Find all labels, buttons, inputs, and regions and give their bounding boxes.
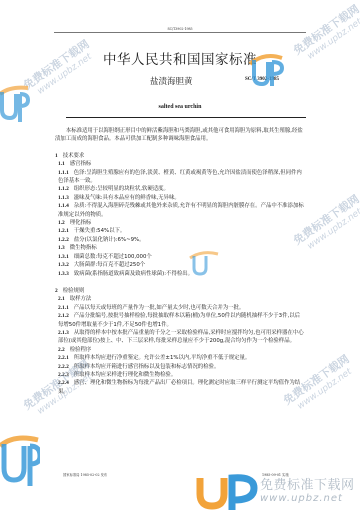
section-number: 1.2.2	[58, 237, 69, 243]
up-logo-icon	[0, 80, 30, 124]
section-text: 取样方法	[70, 296, 92, 302]
section-2-2-1: 2.2.1所取样本均应进行净重鉴定。允许公差±1%以内,平均净重不低于规定量。	[55, 354, 305, 362]
section-2-1: 2.1取样方法	[55, 295, 305, 303]
up-logo-icon	[196, 470, 258, 510]
section-text: 感官指标	[70, 161, 92, 167]
section-2-2-2: 2.2.2所取样本均应开箱进行感官指标以及包装和标志情况的检验。	[55, 363, 305, 371]
section-number: 1.2.1	[58, 228, 69, 234]
standard-code: SC/T 3902-1985	[245, 77, 279, 82]
section-number: 1.1.2	[58, 186, 69, 192]
header-rule	[54, 32, 306, 33]
section-number: 1	[55, 153, 58, 159]
section-1-1-1: 1.1.1色泽:呈海胆生殖腺应有的色泽,淡黄、橙黄、红黄或褐黄等色,允许因盐渍而…	[55, 169, 305, 186]
section-text: 盐分(以氯化钠计):6%~9%。	[74, 237, 145, 243]
section-number: 2.1	[58, 296, 65, 302]
section-number: 2.2.4	[58, 380, 69, 386]
section-1-2-2: 1.2.2盐分(以氯化钠计):6%~9%。	[55, 236, 305, 244]
section-1-2-1: 1.2.1干燥失重:54%以下。	[55, 227, 305, 235]
section-number: 2.1.1	[58, 305, 69, 311]
section-number: 1.3	[58, 245, 65, 251]
section-1-3: 1.3微生物指标	[55, 244, 305, 252]
section-text: 感官、理化和微生物指标为每批产品出厂必检项目。理化测定时应取三样平行测定平均值作…	[58, 380, 300, 394]
section-text: 细菌总数:每克不超过100,000个	[74, 254, 152, 260]
section-text: 从取得的样本中按本批产品重量的千分之一采取检验样品,采样时应搅拌均匀,也可用采样…	[58, 330, 304, 344]
document-page: SC/T3902-1985 中华人民共和国国家标准 盐渍海胆黄 SC/T 390…	[0, 0, 360, 510]
section-number: 2.1.2	[58, 313, 69, 319]
section-2-1-2: 2.1.2产品分批编号,按批号抽样检验,每批抽取样本以箱(桶)为单位,50件以内…	[55, 312, 305, 329]
section-2-1-1: 2.1.1产品以每天或每班的产量作为一批,如产量太少时,也可数天合并为一批。	[55, 304, 305, 312]
section-number: 1.2	[58, 220, 65, 226]
intro-paragraph: 本标准适用于以海胆纲正形目中的鲜活紫海胆和马粪海胆,或其他可食用海胆为原料,取其…	[55, 127, 305, 144]
section-number: 2.2.1	[58, 355, 69, 361]
section-1-3-3: 1.3.3致病菌(系指肠道致病菌及致病性球菌):不得检出。	[55, 270, 305, 278]
section-text: 杂质:不得混入海胆碎壳残棘或其他外来杂质,允许有不明显的海胆内脏膜存在。产品中不…	[58, 203, 304, 217]
title-rule	[66, 117, 306, 118]
section-text: 滋味及气味:具有本品应有的鲜香味,无异味。	[74, 195, 180, 201]
section-1-3-2: 1.3.2大肠菌群:每百克不超过250个	[55, 261, 305, 269]
section-text: 所取样本均应开箱进行感官指标以及包装和标志情况的检验。	[74, 364, 220, 370]
section-2-2: 2.2检验程序	[55, 346, 305, 354]
section-number: 2.1.3	[58, 330, 69, 336]
section-number: 1.1.3	[58, 195, 69, 201]
section-number: 1.3.2	[58, 262, 69, 268]
sub-title: 盐渍海胆黄	[150, 75, 193, 87]
section-1-1-2: 1.1.2组织形态:呈较明显的块粒状,软硬适度。	[55, 185, 305, 193]
watermark-brand: 免费标准下载网 www.upbz.net	[260, 474, 355, 504]
section-text: 产品分批编号,按批号抽样检验,每批抽取样本以箱(桶)为单位,50件以内随机抽样不…	[58, 313, 300, 327]
section-2-2-3: 2.2.3所取样本均应采样进行理化和微生物检验。	[55, 371, 305, 379]
watermark-text: 免费标准下载网 www.upbz.net	[20, 36, 98, 101]
section-number: 1.1	[58, 161, 65, 167]
section-1-2: 1.2理化指标	[55, 219, 305, 227]
section-number: 2.2	[58, 347, 65, 353]
section-2: 2检验规则	[55, 287, 305, 295]
section-text: 干燥失重:54%以下。	[74, 228, 126, 234]
section-number: 2	[55, 288, 58, 294]
main-title: 中华人民共和国国家标准	[0, 48, 360, 68]
section-text: 所取样本均应进行净重鉴定。允许公差±1%以内,平均净重不低于规定量。	[74, 355, 251, 361]
section-text: 检验规则	[63, 288, 85, 294]
section-1: 1技术要求	[55, 152, 305, 160]
section-1-3-1: 1.3.1细菌总数:每克不超过100,000个	[55, 253, 305, 261]
section-text: 组织形态:呈较明显的块粒状,软硬适度。	[74, 186, 169, 192]
section-number: 1.3.1	[58, 254, 69, 260]
up-logo-icon	[0, 428, 40, 488]
section-2-2-4: 2.2.4感官、理化和微生物指标为每批产品出厂必检项目。理化测定时应取三样平行测…	[55, 379, 305, 396]
section-text: 微生物指标	[70, 245, 97, 251]
english-title: salted sea urchin	[0, 104, 360, 110]
section-number: 1.3.3	[58, 271, 69, 277]
section-number: 2.2.2	[58, 364, 69, 370]
section-text: 色泽:呈海胆生殖腺应有的色泽,淡黄、橙黄、红黄或褐黄等色,允许因盐渍而使色泽稍深…	[58, 170, 302, 184]
section-1-1-4: 1.1.4杂质:不得混入海胆碎壳残棘或其他外来杂质,允许有不明显的海胆内脏膜存在…	[55, 202, 305, 219]
section-number: 1.1.1	[58, 170, 69, 176]
issued-date: 国家标准局 1985-02-02 发布	[63, 472, 107, 477]
section-text: 致病菌(系指肠道致病菌及致病性球菌):不得检出。	[74, 271, 193, 277]
section-text: 产品以每天或每班的产量作为一批,如产量太少时,也可数天合并为一批。	[74, 305, 245, 311]
section-text: 所取样本均应采样进行理化和微生物检验。	[74, 372, 176, 378]
section-number: 2.2.3	[58, 372, 69, 378]
section-text: 理化指标	[70, 220, 92, 226]
section-text: 技术要求	[63, 153, 85, 159]
section-2-1-3: 2.1.3从取得的样本中按本批产品重量的千分之一采取检验样品,采样时应搅拌均匀,…	[55, 329, 305, 346]
standard-number-top: SC/T3902-1985	[0, 27, 360, 31]
section-text: 大肠菌群:每百克不超过250个	[74, 262, 145, 268]
section-text: 检验程序	[70, 347, 92, 353]
sections-list: 1技术要求1.1感官指标1.1.1色泽:呈海胆生殖腺应有的色泽,淡黄、橙黄、红黄…	[55, 152, 305, 396]
section-number: 1.1.4	[58, 203, 69, 209]
document-body: 本标准适用于以海胆纲正形目中的鲜活紫海胆和马粪海胆,或其他可食用海胆为原料,取其…	[55, 127, 305, 396]
section-1-1: 1.1感官指标	[55, 160, 305, 168]
section-1-1-3: 1.1.3滋味及气味:具有本品应有的鲜香味,无异味。	[55, 194, 305, 202]
